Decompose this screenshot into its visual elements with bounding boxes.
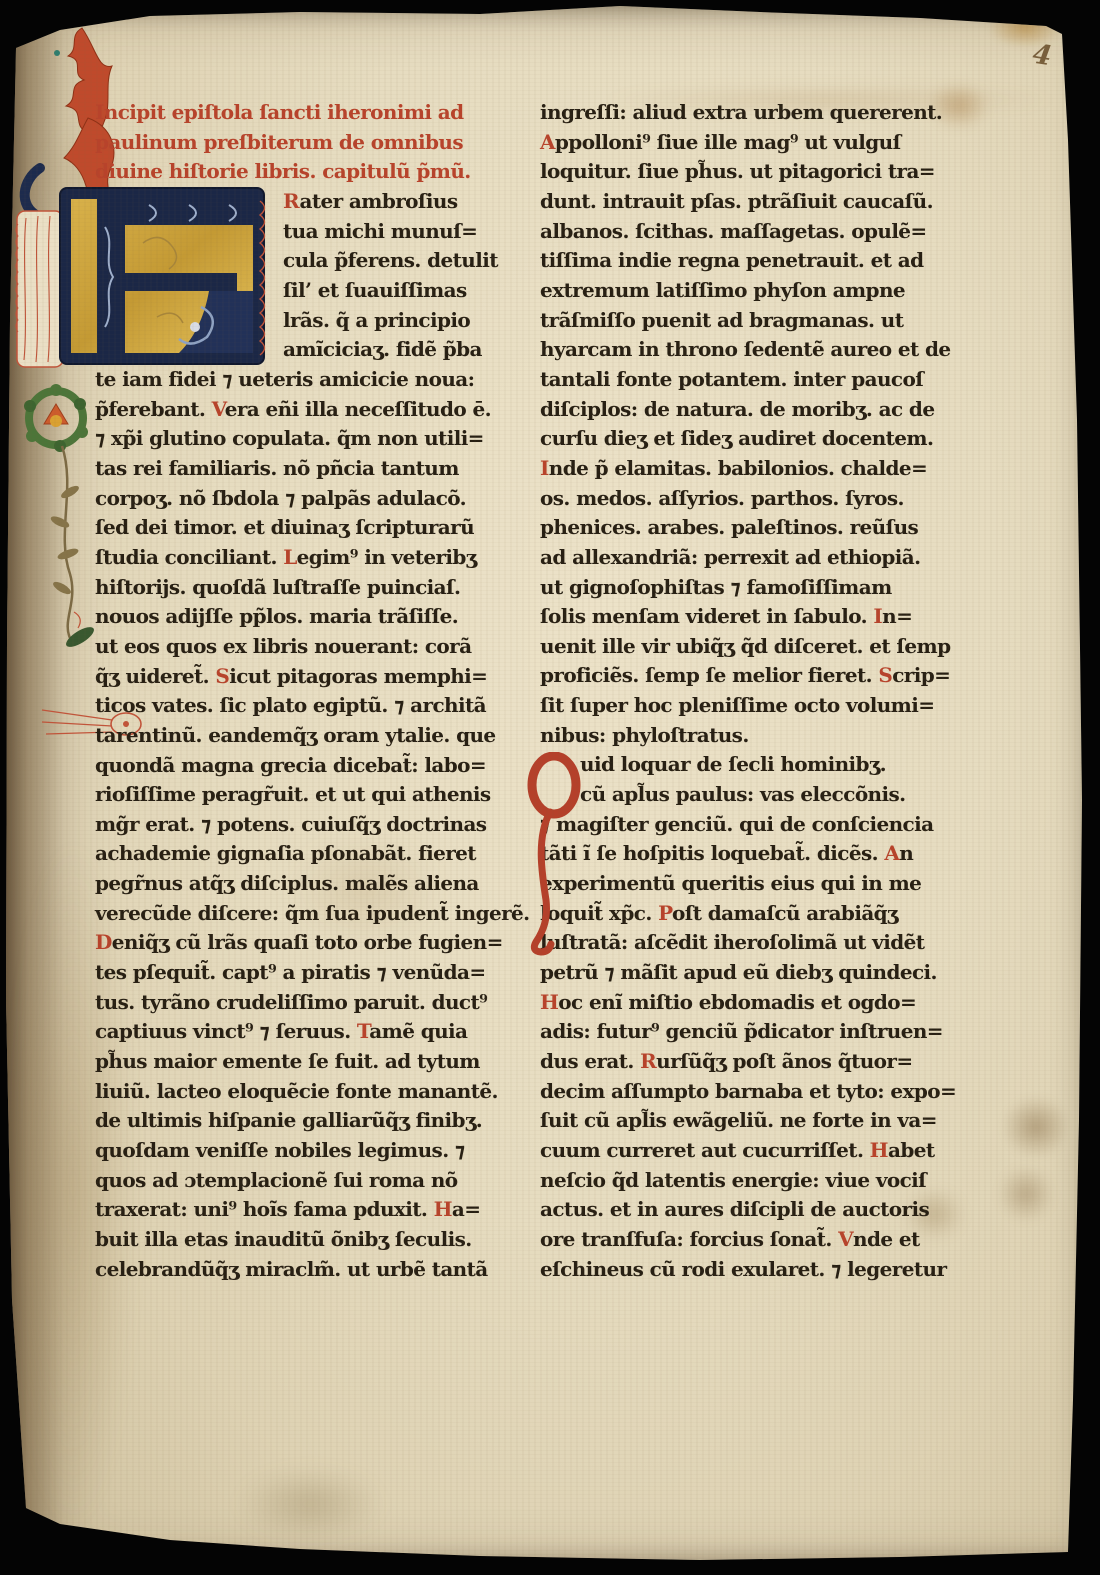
right-text-column: ingreſſi: aliud extra urbem quererent.Ap… — [540, 98, 944, 1284]
rubricated-capital: V — [838, 1227, 853, 1251]
text-line: quos ad ɔtemplacionẽ ſui roma nõ — [95, 1166, 493, 1196]
rubricated-capital: R — [283, 189, 299, 213]
rubricated-capital: A — [540, 130, 555, 154]
text-line: amĩciciaʒ. fidẽ p̃ba — [283, 335, 498, 365]
text-line: os. medos. aſſyrios. parthos. ſyros. — [540, 484, 944, 514]
text-line: tãti ĩ ſe hoſpitis loquebat̃. dicẽs. An — [540, 839, 944, 869]
text-line: Incipit epiſtola ſancti iheronimi ad — [95, 98, 493, 128]
text-line: paulinum preſbiterum de omnibus — [95, 128, 493, 158]
text-line: cula p̃ferens. detulit — [283, 246, 498, 276]
rubricated-capital: S — [878, 663, 892, 687]
initial-row: Rater ambroſiustua michi munuſ=cula p̃fe… — [95, 187, 493, 365]
illuminated-initial-F-art — [59, 187, 275, 365]
text-line: actus. et in aures diſcipli de auctoris — [540, 1195, 944, 1225]
text-line: ſtudia conciliant. Legim⁹ in veteribʒ — [95, 543, 493, 573]
left-column-indented-lines: Rater ambroſiustua michi munuſ=cula p̃fe… — [283, 187, 498, 365]
rubricated-capital: H — [870, 1138, 888, 1162]
text-line: diſciplos: de natura. de moribʒ. ac de — [540, 395, 944, 425]
text-line: loquitur. ſiue ph̃us. ut pitagorici tra= — [540, 157, 944, 187]
text-line: nouos adijſſe pp̃los. maria trãſiſſe. — [95, 602, 493, 632]
text-line: cuum curreret aut cucurriſſet. Habet — [540, 1136, 944, 1166]
text-line: hyarcam in throno ſedentẽ aureo et de — [540, 335, 944, 365]
rubricated-capital: P — [658, 901, 672, 925]
rubricated-capital: A — [884, 841, 899, 865]
text-line: decim aſſumpto barnaba et tyto: expo= — [540, 1077, 944, 1107]
text-line: ingreſſi: aliud extra urbem quererent. — [540, 98, 944, 128]
text-line: mg̃r erat. ⁊ potens. cuiuſq̃ʒ doctrinas — [95, 810, 493, 840]
rubricated-capital: L — [283, 545, 296, 569]
text-line: petrũ ⁊ mãſit apud eũ diebʒ quindeci. — [540, 958, 944, 988]
right-column-lines-bottom: ⁊ magiſter genciũ. qui de conſcienciatãt… — [540, 810, 944, 1285]
text-line: liuiũ. lacteo eloquẽcie fonte manantẽ. — [95, 1077, 493, 1107]
rubricated-capital: H — [540, 990, 558, 1014]
rubricated-capital: R — [640, 1049, 656, 1073]
text-line: ⁊ xp̃i glutino copulata. q̃m non utili= — [95, 424, 493, 454]
text-line: traxerat: uni⁹ hoĩs fama pduxit. Ha= — [95, 1195, 493, 1225]
text-line: ut gignoſophiſtas ⁊ famoſiſſimam — [540, 573, 944, 603]
text-line: captiuus vinct⁹ ⁊ ſeruus. Tamẽ quia — [95, 1017, 493, 1047]
text-line: ſil’ et ſuauiſſimas — [283, 276, 498, 306]
book-gutter-shadow — [0, 0, 64, 1575]
text-line: uenit ille vir ubiq̃ʒ q̃d diſceret. et ſ… — [540, 632, 944, 662]
rubricated-capital: D — [95, 930, 112, 954]
text-line: tua michi munuſ= — [283, 217, 498, 247]
text-line: quondã magna grecia dicebat̃: labo= — [95, 751, 493, 781]
text-line: ſolis menſam videret in ſabulo. In= — [540, 602, 944, 632]
rubric: Incipit epiſtola ſancti iheronimi adpaul… — [95, 98, 493, 187]
text-line: curſu dieʒ et ſideʒ audiret docentem. — [540, 424, 944, 454]
rubricated-capital: H — [434, 1197, 452, 1221]
text-line: albanos. ſcithas. maſſagetas. opulẽ= — [540, 217, 944, 247]
text-line: ſed dei timor. et diuinaʒ ſcripturarũ — [95, 513, 493, 543]
text-line: diuine hiſtorie libris. capitulũ p̃mũ. — [95, 157, 493, 187]
rubricated-capital: I — [540, 456, 549, 480]
q-initial-paragraph: uid loquar de ſecli hominibʒ.cũ apl̃us p… — [540, 750, 944, 809]
text-line: ad allexandriã: perrexit ad ethiopiã. — [540, 543, 944, 573]
stain — [998, 1166, 1054, 1222]
text-line: lrãs. q̃ a principio — [283, 306, 498, 336]
text-line: Inde p̃ elamitas. babilonios. chalde= — [540, 454, 944, 484]
parchment-page: 4 — [0, 0, 1100, 1575]
text-line: achademie gignaſia pſonabãt. fieret — [95, 839, 493, 869]
text-line: loquit̃ xp̃c. Poſt damaſcũ arabiãq̃ʒ — [540, 899, 944, 929]
text-line: dunt. intrauit pſas. ptrãſiuit caucaſũ. — [540, 187, 944, 217]
text-line: ph̃us maior emente ſe fuit. ad tytum — [95, 1047, 493, 1077]
text-line: neſcio q̃d latentis energie: viue vociſ — [540, 1166, 944, 1196]
text-line: cũ apl̃us paulus: vas eleccõnis. — [580, 780, 944, 810]
text-line: ticos vates. ſic plato egiptũ. ⁊ architã — [95, 691, 493, 721]
text-line: Appolloni⁹ ſiue ille mag⁹ ut vulguſ — [540, 128, 944, 158]
text-line: proficiẽs. ſemp ſe melior fieret. Scrip= — [540, 661, 944, 691]
text-line: ſit ſuper hoc pleniſſime octo volumi= — [540, 691, 944, 721]
stain — [1002, 1096, 1070, 1158]
text-line: pegr̃nus atq̃ʒ diſciplus. malẽs aliena — [95, 869, 493, 899]
folio-mark: 4 — [1019, 31, 1065, 81]
photograph-black-background: 4 — [0, 0, 1100, 1575]
text-line: experimentũ queritis eius qui in me — [540, 869, 944, 899]
text-line: phenices. arabes. paleſtinos. reũſus — [540, 513, 944, 543]
text-line: Hoc enĩ miſtio ebdomadis et ogdo= — [540, 988, 944, 1018]
text-line: corpoʒ. nõ ſbdola ⁊ palpãs adulacõ. — [95, 484, 493, 514]
text-line: eſchineus cũ rodi exularet. ⁊ legeretur — [540, 1255, 944, 1285]
text-line: tas rei familiaris. nõ pñcia tantum — [95, 454, 493, 484]
text-line: quoſdam veniſſe nobiles legimus. ⁊ — [95, 1136, 493, 1166]
q-indented-lines: uid loquar de ſecli hominibʒ.cũ apl̃us p… — [580, 750, 944, 809]
text-line: celebrandũq̃ʒ miraclm̃. ut urbẽ tantã — [95, 1255, 493, 1285]
left-column-lines: te iam fidei ⁊ ueteris amicicie noua:p̃f… — [95, 365, 493, 1284]
text-line: te iam fidei ⁊ ueteris amicicie noua: — [95, 365, 493, 395]
rubricated-capital: S — [215, 664, 229, 688]
right-column-lines-top: ingreſſi: aliud extra urbem quererent.Ap… — [540, 98, 944, 750]
text-line: nibus: phyloſtratus. — [540, 721, 944, 751]
text-line: luſtratã: aſcẽdit iheroſolimã ut vidẽt — [540, 928, 944, 958]
text-line: ⁊ magiſter genciũ. qui de conſciencia — [540, 810, 944, 840]
text-line: verecũde diſcere: q̃m ſua ipudent̃ inger… — [95, 899, 493, 929]
text-line: ut eos quos ex libris nouerant: corã — [95, 632, 493, 662]
rubricated-capital: I — [873, 604, 882, 628]
left-text-column: Incipit epiſtola ſancti iheronimi adpaul… — [95, 98, 493, 1284]
text-line: hiſtorijs. quoſdã luſtraſſe puinciaſ. — [95, 573, 493, 603]
text-line: rioſiſſime peragr̃uit. et ut qui athenis — [95, 780, 493, 810]
text-line: tarentinũ. eandemq̃ʒ oram ytalie. que — [95, 721, 493, 751]
text-line: extremum latiſſimo phyſon ampne — [540, 276, 944, 306]
text-line: buit illa etas inauditũ õnibʒ ſeculis. — [95, 1225, 493, 1255]
stain — [238, 1468, 383, 1540]
text-line: tes pſequit̃. capt⁹ a piratis ⁊ venũda= — [95, 958, 493, 988]
rubricated-capital: V — [212, 397, 225, 421]
text-line: trãſmiſſo puenit ad bragmanas. ut — [540, 306, 944, 336]
text-line: tantali fonte potantem. inter paucoſ — [540, 365, 944, 395]
text-line: adis: futur⁹ genciũ p̃dicator inſtruen= — [540, 1017, 944, 1047]
text-line: Rater ambroſius — [283, 187, 498, 217]
text-line: Deniq̃ʒ cũ lrãs quaſi toto orbe fugien= — [95, 928, 493, 958]
text-line: dus erat. Rurſũq̃ʒ poſt ãnos q̃tuor= — [540, 1047, 944, 1077]
text-line: q̃ʒ uideret̃. Sicut pitagoras memphi= — [95, 662, 493, 692]
text-line: de ultimis hiſpanie galliarũq̃ʒ finibʒ. — [95, 1106, 493, 1136]
text-line: tus. tyrãno crudeliſſimo paruit. duct⁹ — [95, 988, 493, 1018]
text-line: ſuit cũ apl̃is ewãgeliũ. ne forte in va= — [540, 1106, 944, 1136]
illuminated-initial-F — [59, 187, 275, 365]
rubricated-capital: T — [357, 1019, 369, 1043]
text-line: ore tranſfuſa: forcius ſonat̃. Vnde et — [540, 1225, 944, 1255]
text-line: p̃ferebant. Vera eñi illa neceſſitudo ē. — [95, 395, 493, 425]
text-line: uid loquar de ſecli hominibʒ. — [580, 750, 944, 780]
text-line: tiſſima indie regna penetrauit. et ad — [540, 246, 944, 276]
